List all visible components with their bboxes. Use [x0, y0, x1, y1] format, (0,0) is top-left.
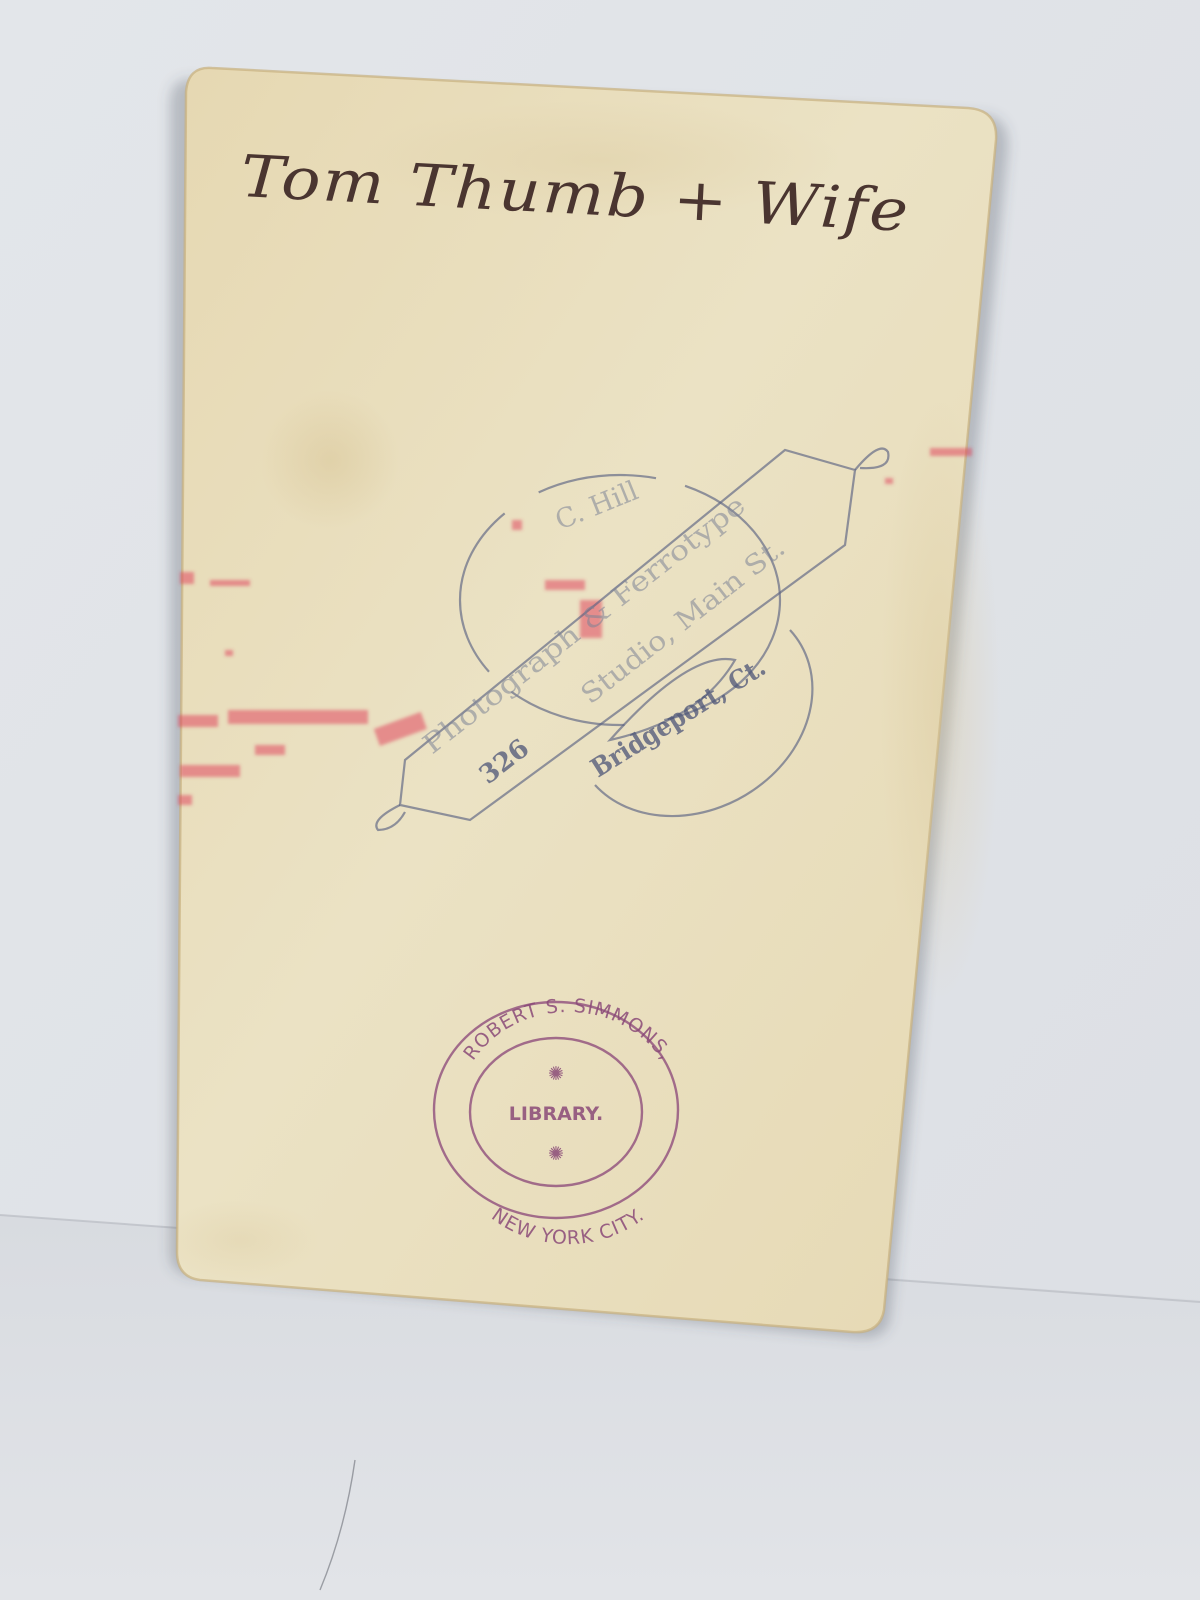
cdv-card — [160, 68, 1000, 1332]
library-stamp-star-bottom: ✺ — [548, 1143, 564, 1165]
library-stamp-star-top: ✺ — [548, 1063, 564, 1085]
photo-scene: Tom Thumb + Wife C. Hill Photograph & Fe… — [0, 0, 1200, 1600]
stain — [880, 400, 1000, 1000]
stain — [260, 390, 400, 530]
stain — [160, 1200, 320, 1280]
library-stamp-center-text: LIBRARY. — [509, 1103, 603, 1125]
